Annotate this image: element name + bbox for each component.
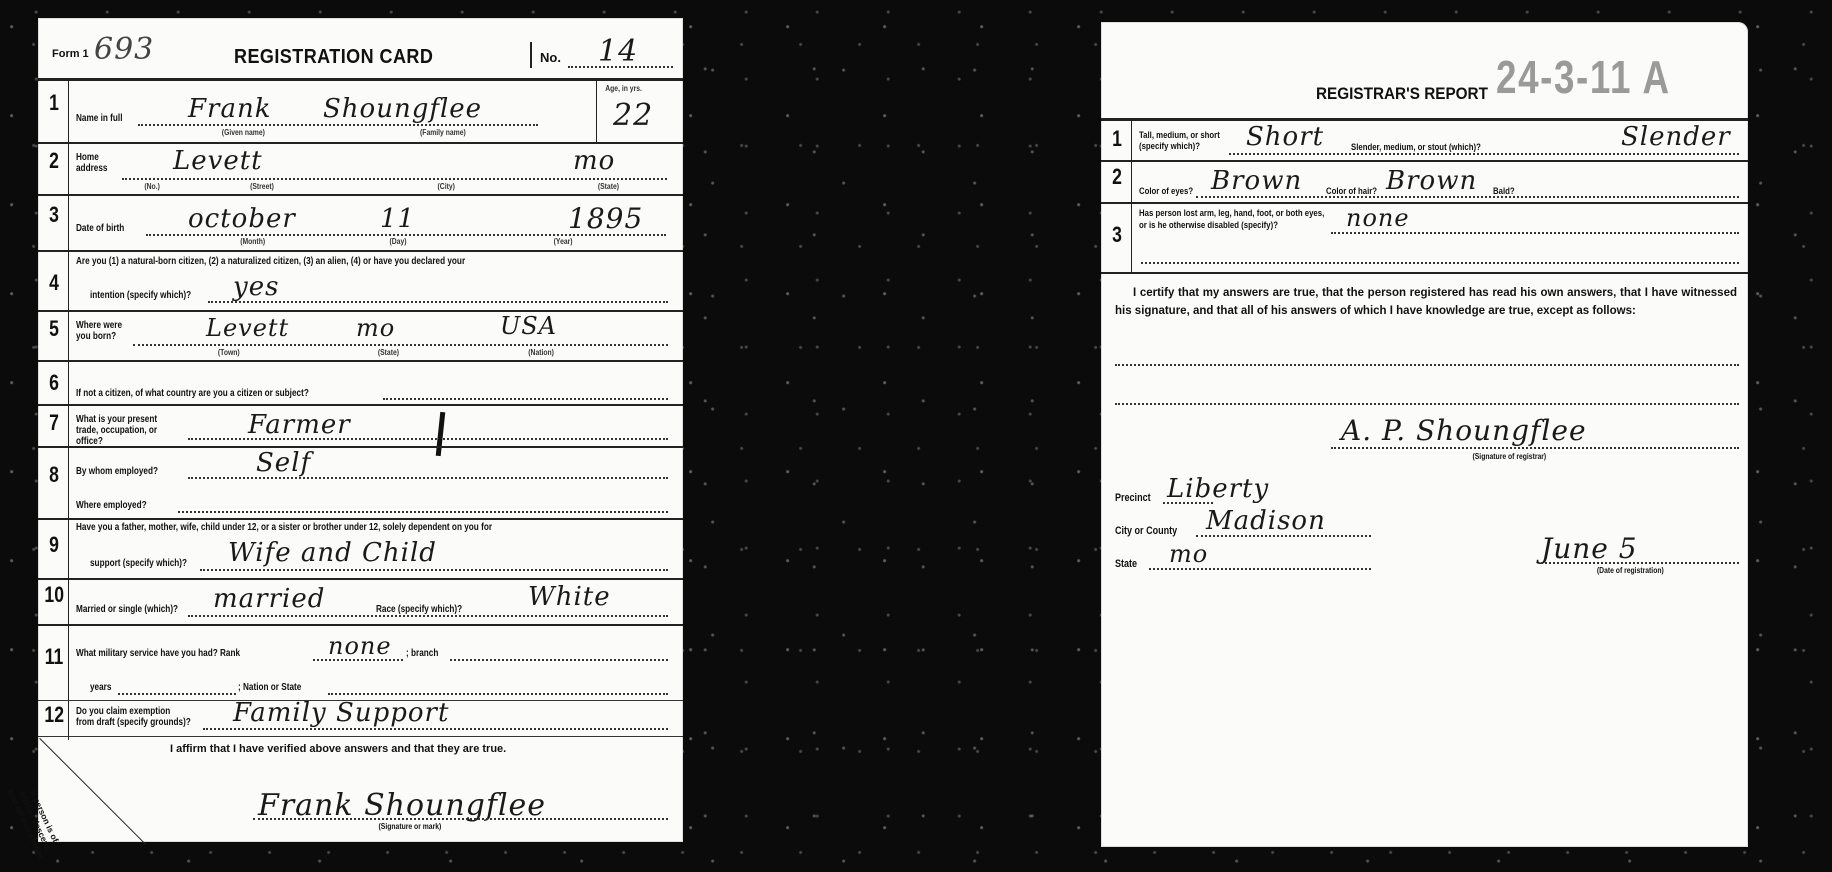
no-caption: (No.) (144, 182, 159, 191)
home-address-label: Home address (76, 152, 109, 174)
county-value: Madison (1206, 506, 1326, 536)
exemption-value: Family Support (233, 698, 449, 728)
row-rule-9 (38, 578, 683, 580)
race-label: Race (specify which)? (376, 604, 462, 615)
affirmation-text: I affirm that I have verified above answ… (170, 740, 506, 758)
dependents-line (200, 569, 668, 571)
card-title: REGISTRATION CARD (234, 46, 433, 69)
where-employed-line (178, 511, 668, 513)
birth-day-value: 11 (380, 204, 415, 234)
age-value: 22 (613, 98, 653, 133)
report-row-number-2: 2 (1107, 164, 1126, 190)
row-rule-8 (38, 518, 683, 520)
birth-state-caption: (State) (378, 348, 399, 357)
where-employed-label: Where employed? (76, 500, 147, 511)
registration-date-caption: (Date of registration) (1597, 566, 1664, 575)
report-row-divider (1131, 120, 1132, 272)
military-service-label: What military service have you had? Rank (76, 648, 240, 659)
exemption-line (203, 728, 668, 730)
precinct-value: Liberty (1167, 474, 1269, 504)
row-number-5: 5 (44, 316, 63, 342)
height-label: Tall, medium, or short (specify which)? (1139, 130, 1229, 152)
state-label: State (1115, 558, 1137, 570)
branch-line (450, 659, 668, 661)
serial-stamp: 24-3-11 A (1496, 50, 1671, 104)
certification-text: I certify that my answers are true, that… (1115, 284, 1737, 320)
family-name-value: Shoungflee (323, 94, 482, 124)
citizenship-label: intention (specify which)? (90, 290, 191, 301)
card-no-line (568, 66, 673, 68)
birth-town-value: Levett (206, 314, 289, 342)
birthplace-line (133, 344, 668, 346)
tear-off-note: If person is of African descent, tear of… (5, 778, 66, 863)
nation-or-state-line (328, 693, 668, 695)
report-row-number-3: 3 (1107, 222, 1126, 248)
marital-race-line (188, 615, 668, 617)
tear-off-corner: If person is of African descent, tear of… (40, 738, 150, 848)
row-rule-2 (38, 194, 683, 196)
citizenship-value: yes (233, 272, 279, 302)
row-number-8: 8 (44, 462, 63, 488)
city-caption: (City) (438, 182, 455, 191)
height-value: Short (1246, 122, 1324, 152)
exceptions-line-2 (1115, 403, 1739, 405)
row-rule-4 (38, 310, 683, 312)
bald-label: Bald? (1493, 186, 1515, 197)
given-name-value: Frank (188, 94, 271, 124)
day-caption: (Day) (390, 237, 407, 246)
registrar-signature-caption: (Signature of registrar) (1473, 452, 1547, 461)
row-rule-1 (38, 142, 683, 144)
birth-month-value: october (188, 204, 296, 234)
rank-value: none (328, 632, 392, 660)
row-number-divider (68, 80, 69, 740)
row-rule-7 (38, 446, 683, 448)
state-caption: (State) (598, 182, 619, 191)
nation-caption: (Nation) (528, 348, 554, 357)
row-number-6: 6 (44, 370, 63, 396)
row-number-1: 1 (44, 90, 63, 116)
row-number-12: 12 (44, 702, 63, 728)
hair-color-value: Brown (1386, 166, 1477, 196)
dependents-question: Have you a father, mother, wife, child u… (76, 522, 492, 533)
row-rule-3 (38, 250, 683, 252)
height-build-line (1229, 153, 1739, 155)
row-rule-12 (38, 736, 683, 737)
row-number-7: 7 (44, 410, 63, 436)
report-row-rule-2 (1101, 202, 1748, 204)
row-number-2: 2 (44, 148, 63, 174)
birth-year-value: 1895 (568, 202, 643, 235)
row-rule-6 (38, 404, 683, 406)
branch-label: ; branch (406, 648, 438, 659)
disability-line-2 (1141, 262, 1739, 264)
occupation-label: What is your present trade, occupation, … (76, 414, 174, 447)
exceptions-line-1 (1115, 364, 1739, 366)
street-value: Levett (173, 146, 263, 176)
race-value: White (528, 582, 611, 612)
form-number: 693 (94, 32, 154, 67)
foreign-citizenship-line (383, 398, 668, 400)
foreign-citizenship-label: If not a citizen, of what country are yo… (76, 388, 309, 399)
registration-date-line (1541, 562, 1739, 564)
dob-label: Date of birth (76, 223, 124, 234)
eye-hair-line (1196, 196, 1739, 198)
family-name-caption: (Family name) (420, 128, 466, 137)
row-number-3: 3 (44, 202, 63, 228)
town-caption: (Town) (218, 348, 240, 357)
row-rule-10 (38, 624, 683, 626)
card-no-value: 14 (598, 34, 638, 69)
disability-line (1331, 232, 1739, 234)
county-label: City or County (1115, 525, 1177, 537)
dependents-value: Wife and Child (228, 538, 437, 568)
birthplace-label: Where were you born? (76, 320, 125, 342)
report-row-rule-1 (1101, 160, 1748, 162)
card-no-label: No. (540, 50, 561, 65)
disability-label: Has person lost arm, leg, hand, foot, or… (1139, 208, 1328, 232)
address-state-value: mo (573, 146, 615, 176)
year-caption: (Year) (554, 237, 573, 246)
report-row-rule-3 (1101, 272, 1748, 274)
eye-color-value: Brown (1211, 166, 1302, 196)
employer-label: By whom employed? (76, 466, 158, 477)
precinct-label: Precinct (1115, 492, 1151, 504)
given-name-caption: (Given name) (222, 128, 265, 137)
report-row-number-1: 1 (1107, 126, 1126, 152)
birth-state-value: mo (356, 314, 395, 342)
registrar-signature-line (1331, 447, 1739, 449)
state-value: mo (1169, 540, 1208, 568)
build-label: Slender, medium, or stout (which)? (1351, 142, 1481, 153)
marital-label: Married or single (which)? (76, 604, 178, 615)
dependents-label: support (specify which)? (90, 558, 187, 569)
street-caption: (Street) (250, 182, 274, 191)
eye-color-label: Color of eyes? (1139, 186, 1193, 197)
build-value: Slender (1621, 122, 1731, 152)
occupation-value: Farmer (248, 410, 351, 440)
report-title: REGISTRAR'S REPORT (1316, 84, 1488, 104)
row-number-10: 10 (44, 582, 63, 608)
ink-stroke (436, 412, 446, 456)
citizenship-question: Are you (1) a natural-born citizen, (2) … (76, 256, 465, 267)
age-divider (596, 80, 597, 142)
report-header-rule (1101, 118, 1748, 121)
marital-value: married (213, 584, 325, 614)
years-label: years (90, 682, 111, 693)
years-line (118, 693, 236, 695)
header-divider (530, 42, 532, 68)
row-number-4: 4 (44, 270, 63, 296)
age-label: Age, in yrs. (605, 84, 642, 93)
row-number-11: 11 (44, 644, 63, 670)
hair-color-label: Color of hair? (1326, 186, 1377, 197)
registrar-signature: A. P. Shoungflee (1341, 414, 1587, 447)
disability-value: none (1346, 204, 1410, 232)
registrars-report-card: 24-3-11 A REGISTRAR'S REPORT 1 Tall, med… (1101, 22, 1748, 847)
signature-caption: (Signature or mark) (379, 822, 442, 831)
header-rule (38, 78, 683, 81)
birth-nation-value: USA (500, 312, 557, 340)
row-rule-5 (38, 360, 683, 362)
nation-or-state-label: ; Nation or State (238, 682, 301, 693)
exemption-label: Do you claim exemption from draft (speci… (76, 706, 191, 728)
row-number-9: 9 (44, 532, 63, 558)
month-caption: (Month) (240, 237, 265, 246)
home-address-line (122, 178, 667, 180)
name-label: Name in full (76, 113, 122, 124)
name-line (138, 124, 538, 126)
state-line (1149, 568, 1371, 570)
form-label: Form 1 (52, 48, 89, 60)
signature-line (253, 818, 668, 820)
registration-date-value: June 5 (1541, 532, 1638, 565)
employer-value: Self (256, 448, 311, 478)
registration-card: Form 1 693 REGISTRATION CARD No. 14 1 Na… (38, 18, 683, 842)
